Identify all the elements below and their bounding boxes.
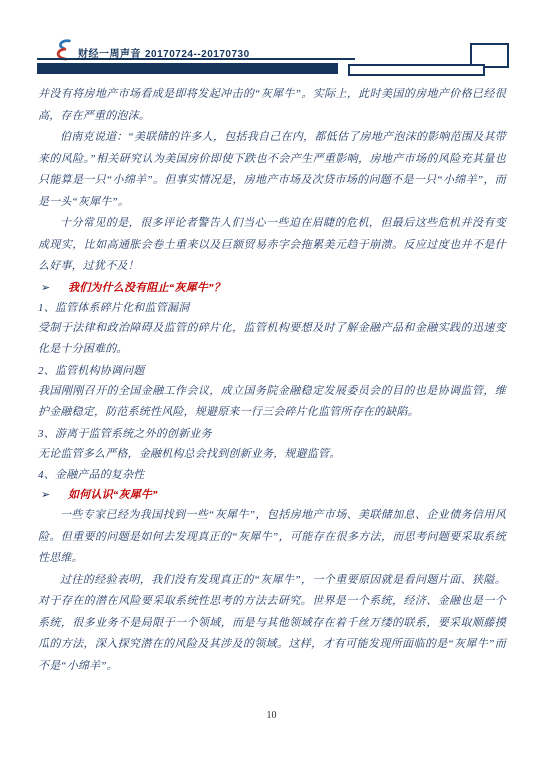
- section-heading: ➢ 如何认识“灰犀牛”: [38, 485, 506, 505]
- header-divider: [37, 58, 355, 60]
- document-body: 并没有将房地产市场看成是即将发起冲击的“灰犀牛”。实际上，此时美国的房地产价格已…: [38, 84, 506, 677]
- arrow-bullet-icon: ➢: [41, 278, 50, 298]
- arrow-bullet-icon: ➢: [41, 485, 50, 505]
- section-heading: ➢ 我们为什么没有阻止“灰犀牛”？: [38, 278, 506, 298]
- paragraph: 受制于法律和政治障碍及监管的碎片化，监管机构要想及时了解金融产品和金融实践的迅速…: [38, 318, 506, 361]
- section-heading-label: 我们为什么没有阻止“灰犀牛”？: [68, 282, 225, 294]
- paragraph: 并没有将房地产市场看成是即将发起冲击的“灰犀牛”。实际上，此时美国的房地产价格已…: [38, 84, 506, 127]
- list-item-title: 1、监管体系碎片化和监管漏洞: [38, 298, 506, 318]
- paragraph: 一些专家已经为我国找到一些“灰犀牛”，包括房地产市场、美联储加息、企业债务信用风…: [38, 505, 506, 570]
- section-heading-label: 如何认识“灰犀牛”: [68, 489, 158, 501]
- page-number: 10: [0, 710, 543, 721]
- paragraph: 我国刚刚召开的全国金融工作会议，成立国务院金融稳定发展委员会的目的也是协调监管，…: [38, 381, 506, 424]
- paragraph: 无论监管多么严格，金融机构总会找到创新业务，规避监管。: [38, 444, 506, 466]
- paragraph: 过往的经验表明，我们没有发现真正的“灰犀牛”，一个重要原因就是看问题片面、狭隘。…: [38, 570, 506, 678]
- list-item-title: 4、金融产品的复杂性: [38, 465, 506, 485]
- paragraph: 伯南克说道：“美联储的许多人，包括我自己在内，都低估了房地产泡沫的影响范围及其带…: [38, 127, 506, 213]
- empty-callout-box-bottom: [348, 64, 485, 76]
- list-item-title: 3、游离于监管系统之外的创新业务: [38, 424, 506, 444]
- document-page: 财经一周声音20170724--20170730 并没有将房地产市场看成是即将发…: [0, 0, 543, 768]
- list-item-title: 2、监管机构协调问题: [38, 361, 506, 381]
- paragraph: 十分常见的是，很多评论者警告人们当心一些迫在眉睫的危机，但最后这些危机并没有变成…: [38, 213, 506, 278]
- navy-title-bar: [37, 63, 338, 74]
